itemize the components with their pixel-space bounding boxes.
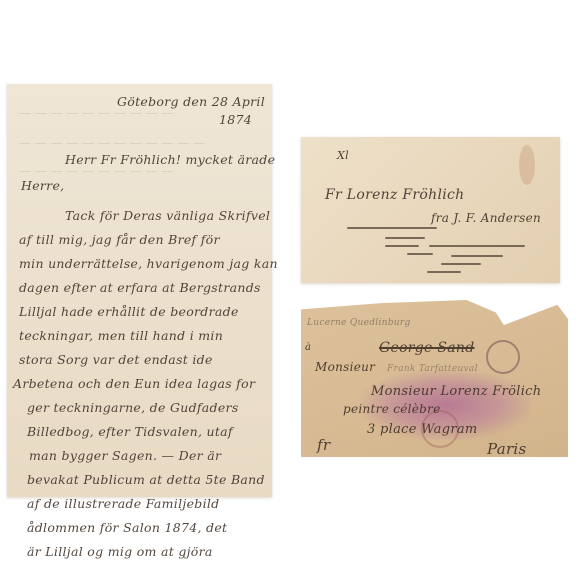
stain xyxy=(519,145,535,185)
scribble xyxy=(385,237,425,239)
letter-line: dagen efter at erfara at Bergstrands xyxy=(19,280,261,295)
letter-line: Herr Fr Fröhlich! mycket ärade xyxy=(65,152,275,167)
letter-line: Billedbog, efter Tidsvalen, utaf xyxy=(27,424,233,439)
letter-line: man bygger Sagen. — Der är xyxy=(29,448,221,463)
letter-year: 1874 xyxy=(219,112,252,127)
recipient: Monsieur Lorenz Frölich xyxy=(371,384,541,399)
letter-line: ger teckningarne, de Gudfaders xyxy=(27,400,239,415)
scribble xyxy=(427,271,461,273)
scribble xyxy=(347,227,437,229)
letter-line: bevakat Publicum at detta 5te Band xyxy=(27,472,265,487)
letter-place-date: Göteborg den 28 April xyxy=(117,94,265,109)
faint-note: Frank Tarfatteuval xyxy=(387,364,478,374)
scribble xyxy=(385,245,419,247)
letter-line: teckningar, men till hand i min xyxy=(19,328,223,343)
letter-line: Arbetena och den Eun idea lagas for xyxy=(13,376,255,391)
envelope-address-line2: fra J. F. Andersen xyxy=(431,211,541,225)
envelope-bottom: Lucerne Quedlinburg à George Sand Monsie… xyxy=(301,300,568,457)
letter-line: af de illustrerade Familjebild xyxy=(27,496,219,511)
struck-name: George Sand xyxy=(379,340,475,356)
letter-line: min underrättelse, hvarigenom jag kan xyxy=(19,256,278,271)
envelope-corner-mark: Xl xyxy=(337,149,349,162)
recipient-title: peintre célèbre xyxy=(343,402,441,416)
letter-line: af till mig, jag får den Bref för xyxy=(19,232,220,247)
round-postmark xyxy=(486,340,520,374)
letter-line: ådlommen för Salon 1874, det xyxy=(27,520,227,535)
mark: fr xyxy=(317,436,330,454)
envelope-top: Xl Fr Lorenz Fröhlich fra J. F. Andersen xyxy=(301,137,560,283)
letter-line: stora Sorg var det endast ide xyxy=(19,352,213,367)
letter-line: är Lilljal og mig om at gjöra xyxy=(27,544,213,559)
scribble xyxy=(407,253,433,255)
scribble xyxy=(451,255,503,257)
letter-line: Herre, xyxy=(21,178,64,193)
salutation: Monsieur xyxy=(315,360,375,374)
scribble xyxy=(441,263,481,265)
street-address: 3 place Wagram xyxy=(367,422,478,437)
prefix: à xyxy=(305,342,311,353)
return-note: Lucerne Quedlinburg xyxy=(307,318,411,328)
handwritten-letter: — — — — — — — — — — — — — — — — — — — — … xyxy=(7,84,272,497)
envelope-address-line1: Fr Lorenz Fröhlich xyxy=(325,187,464,203)
letter-line: Tack för Deras vänliga Skrifvel xyxy=(65,208,270,223)
city: Paris xyxy=(487,440,527,458)
letter-line: Lilljal hade erhållit de beordrade xyxy=(19,304,239,319)
scribble xyxy=(429,245,525,247)
